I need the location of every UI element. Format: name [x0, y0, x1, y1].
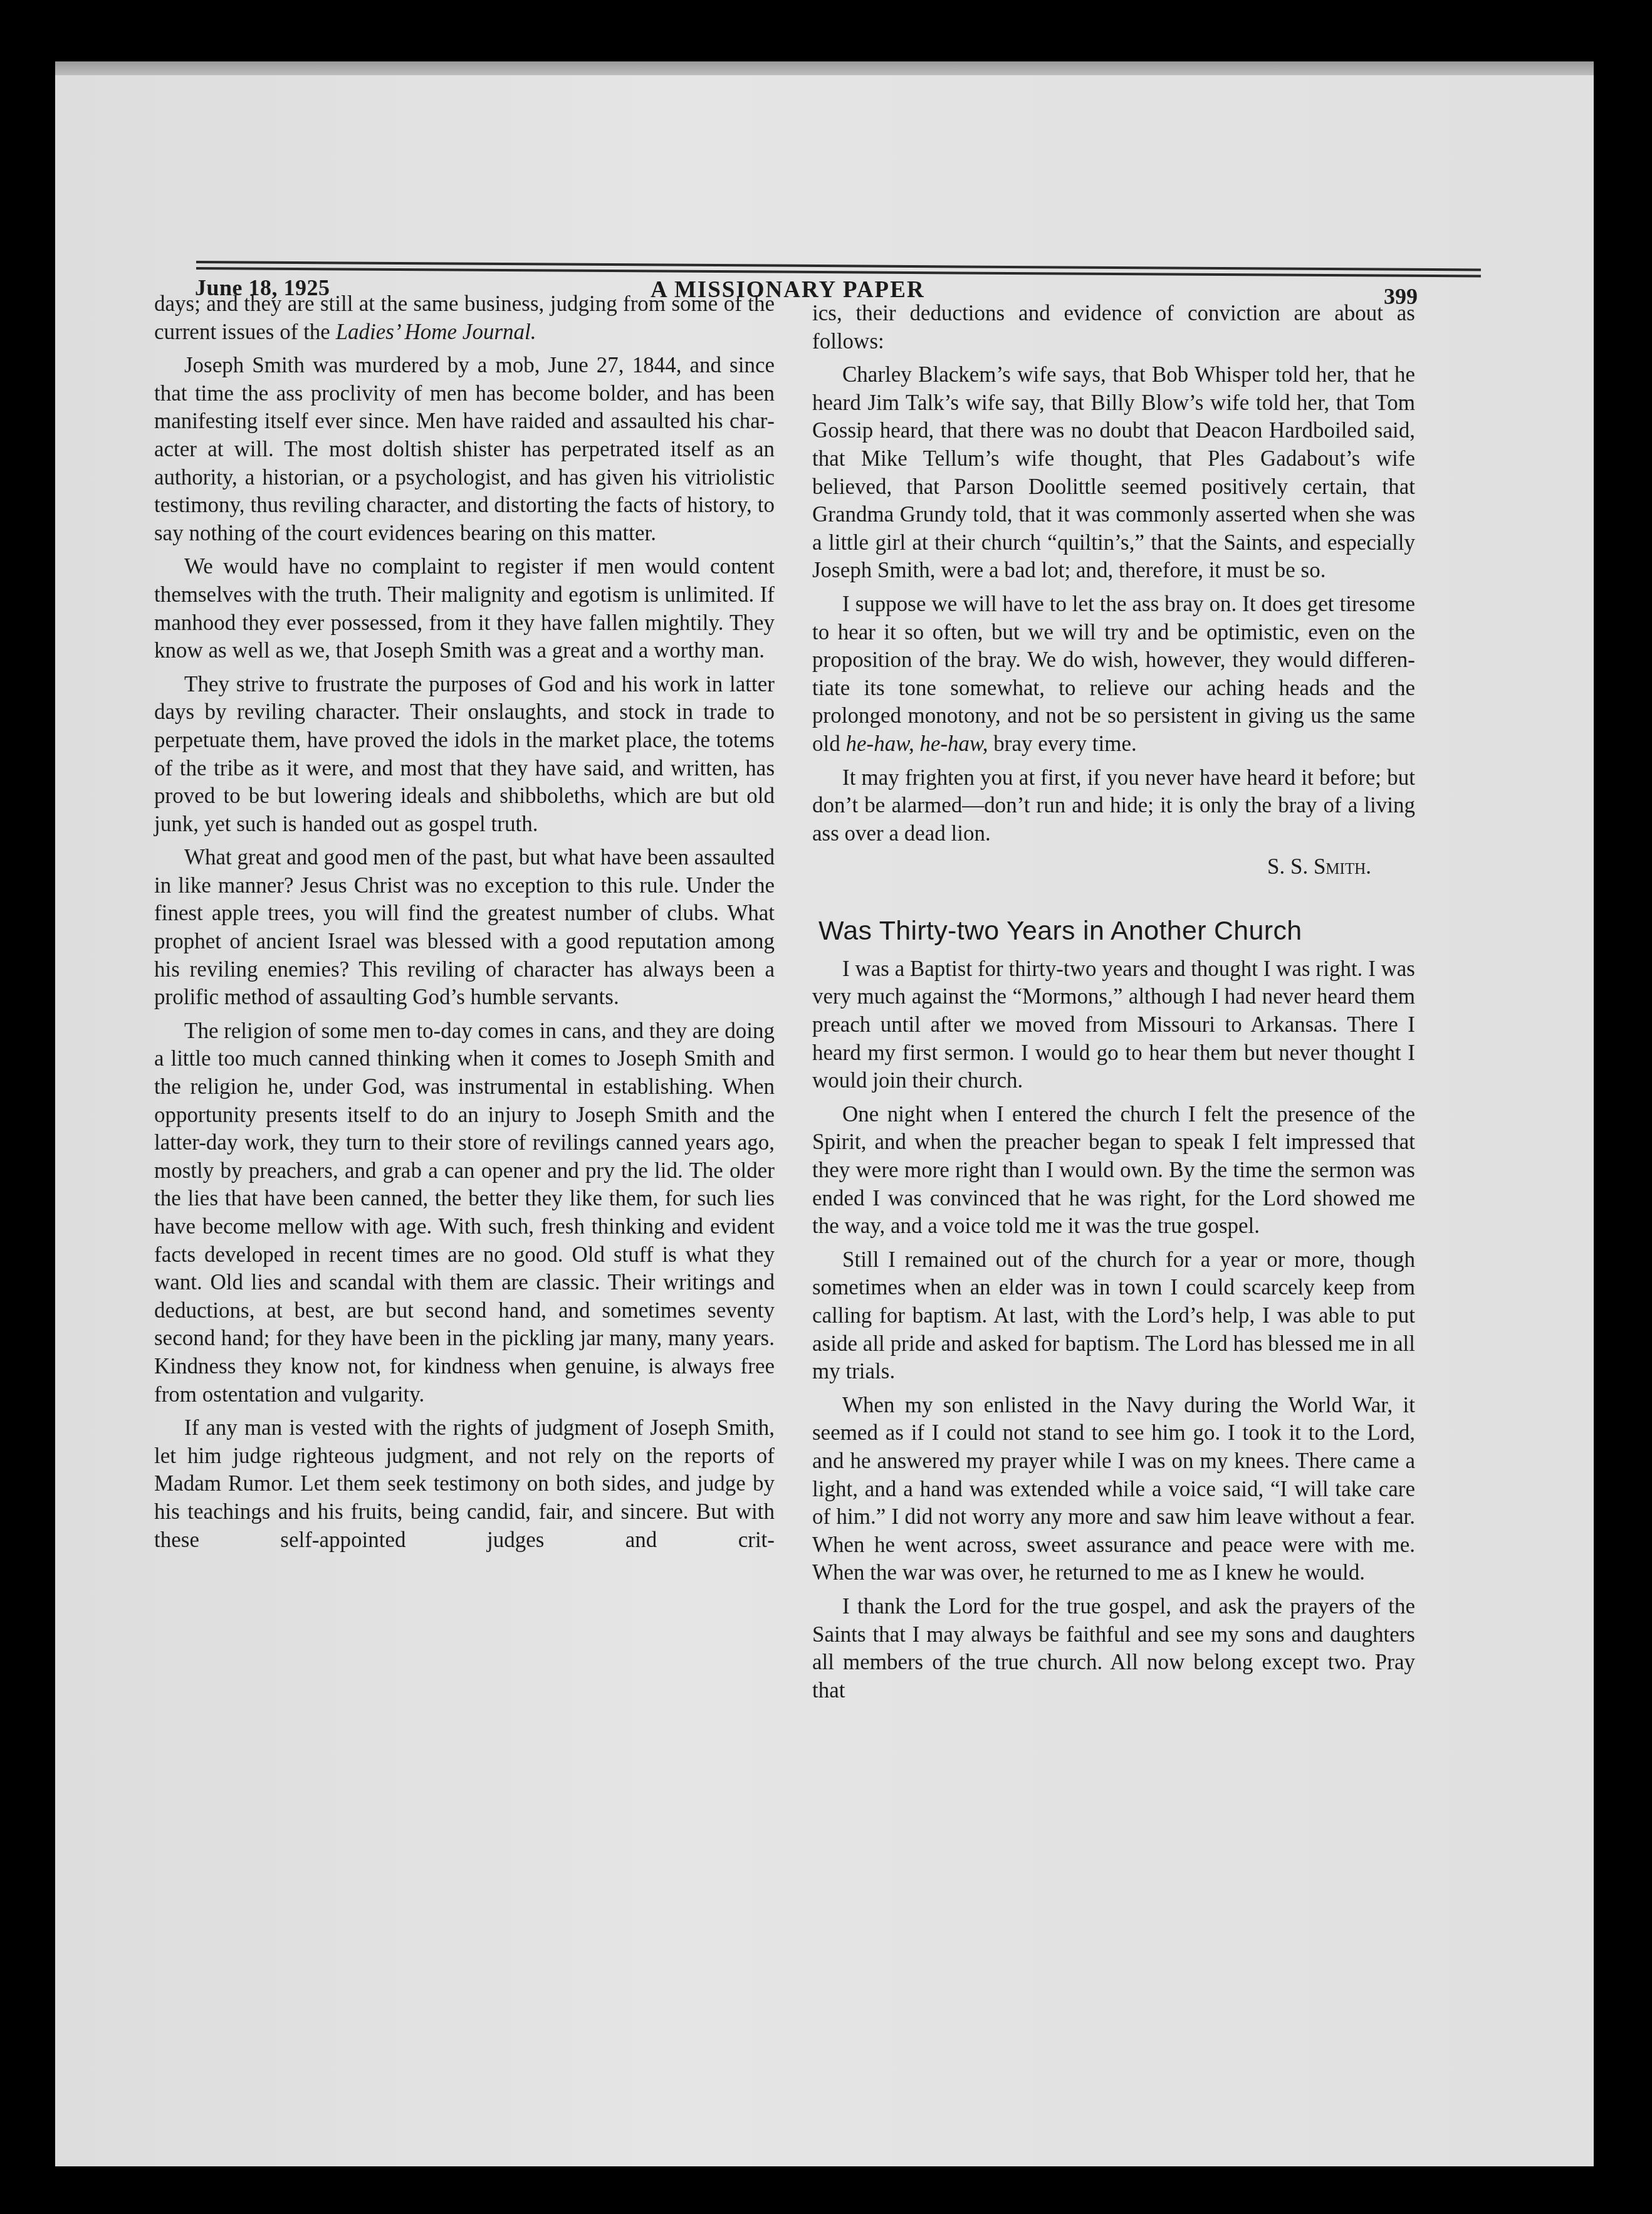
paragraph: Charley Blackem’s wife says, that Bob Wh…: [812, 361, 1415, 585]
paragraph: What great and good men of the past, but…: [154, 844, 775, 1012]
paragraph: If any man is vested with the rights of …: [154, 1414, 775, 1554]
article-continued-body: ics, their deductions and evidence of co…: [812, 300, 1415, 847]
article-heading: Was Thirty-two Years in Another Church: [818, 913, 1415, 949]
paragraph: days; and they are still at the same bus…: [154, 290, 775, 346]
author-signature: S. S. Smith.: [812, 853, 1415, 881]
italic-text: Ladies’ Home Journal.: [336, 320, 536, 344]
text-run: They strive to frustrate the purposes of…: [154, 672, 775, 836]
paragraph: One night when I entered the church I fe…: [812, 1101, 1415, 1241]
right-column: ics, their deductions and evidence of co…: [812, 300, 1415, 1710]
text-run: Still I remained out of the church for a…: [812, 1247, 1415, 1383]
paragraph: When my son enlisted in the Navy during …: [812, 1392, 1415, 1587]
paragraph: I was a Baptist for thirty-two years and…: [812, 955, 1415, 1095]
text-run: I was a Baptist for thirty-two years and…: [812, 957, 1415, 1093]
left-column: days; and they are still at the same bus…: [154, 290, 775, 1560]
paragraph: The religion of some men to-day comes in…: [154, 1017, 775, 1409]
text-run: The religion of some men to-day comes in…: [154, 1019, 775, 1407]
paragraph: ics, their deductions and evidence of co…: [812, 300, 1415, 355]
left-column-body: days; and they are still at the same bus…: [154, 290, 775, 1554]
text-run: It may frighten you at first, if you nev…: [812, 765, 1415, 846]
page-top-edge: [55, 61, 1594, 75]
text-run: We would have no complaint to register i…: [154, 554, 775, 663]
italic-text: he-haw, he-haw,: [845, 732, 988, 756]
text-run: When my son enlisted in the Navy during …: [812, 1393, 1415, 1585]
paragraph: Joseph Smith was murdered by a mob, June…: [154, 352, 775, 547]
paragraph: They strive to frustrate the purposes of…: [154, 671, 775, 839]
text-run: Joseph Smith was murdered by a mob, June…: [154, 353, 775, 545]
paragraph: We would have no complaint to register i…: [154, 553, 775, 664]
text-run: ics, their deductions and evidence of co…: [812, 301, 1415, 354]
paragraph: Still I remained out of the church for a…: [812, 1246, 1415, 1386]
paragraph: I suppose we will have to let the ass br…: [812, 590, 1415, 758]
text-run: bray every time.: [988, 732, 1137, 756]
article-body: I was a Baptist for thirty-two years and…: [812, 955, 1415, 1704]
paragraph: I thank the Lord for the true gospel, an…: [812, 1593, 1415, 1704]
scanned-page: June 18, 1925 A MISSIONARY PAPER 399 day…: [55, 61, 1594, 2166]
text-run: One night when I entered the church I fe…: [812, 1102, 1415, 1238]
paragraph: It may frighten you at first, if you nev…: [812, 764, 1415, 848]
text-run: What great and good men of the past, but…: [154, 845, 775, 1009]
text-run: I thank the Lord for the true gospel, an…: [812, 1594, 1415, 1702]
text-run: If any man is vested with the rights of …: [154, 1415, 775, 1551]
text-run: Charley Blackem’s wife says, that Bob Wh…: [812, 362, 1415, 582]
